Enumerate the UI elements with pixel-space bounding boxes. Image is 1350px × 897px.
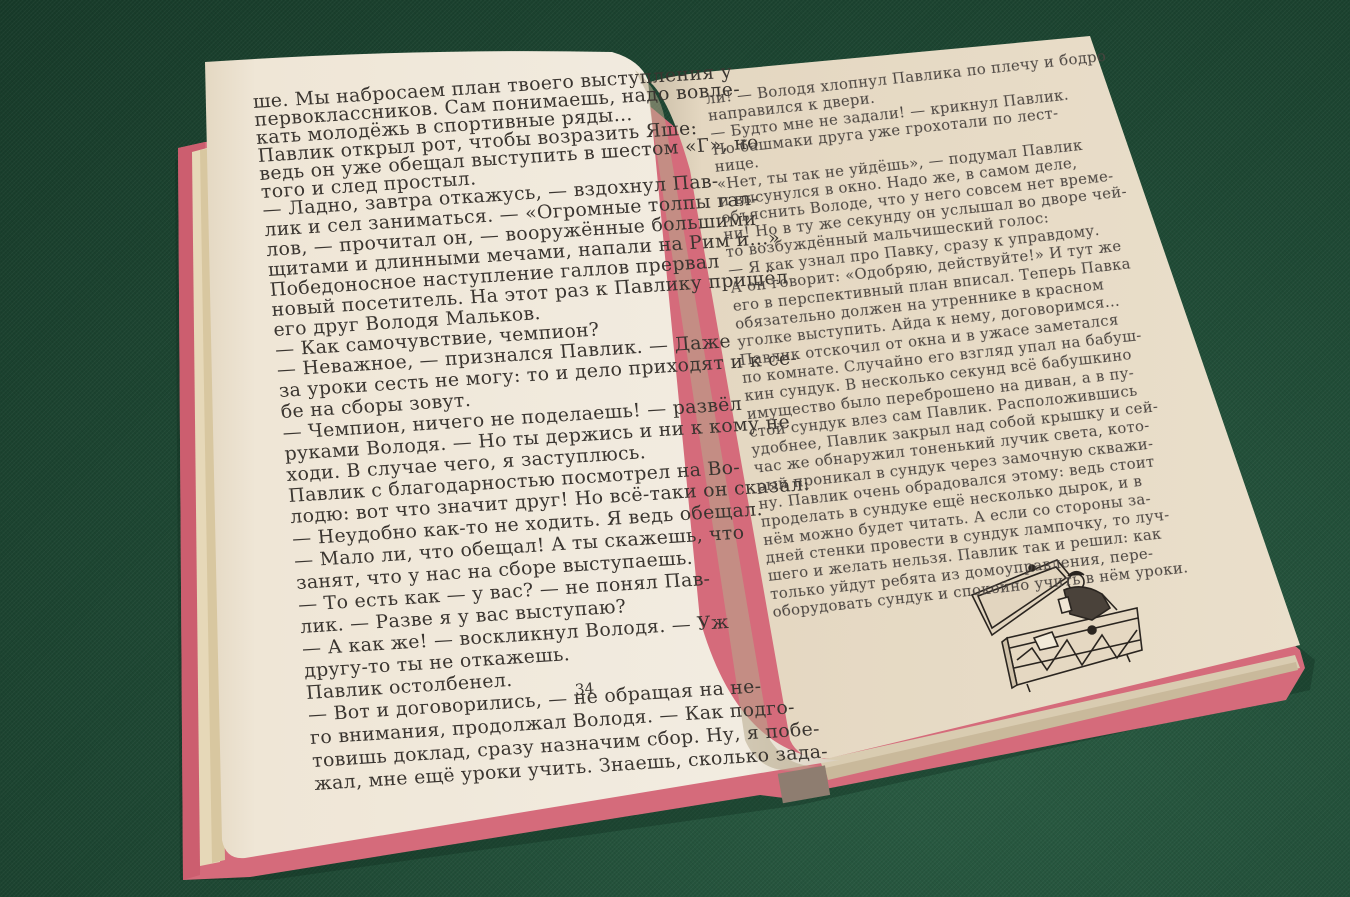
photo-scene: ше. Мы набросаем план твоего выступления… — [0, 0, 1350, 897]
page-number: 34 — [574, 679, 595, 699]
